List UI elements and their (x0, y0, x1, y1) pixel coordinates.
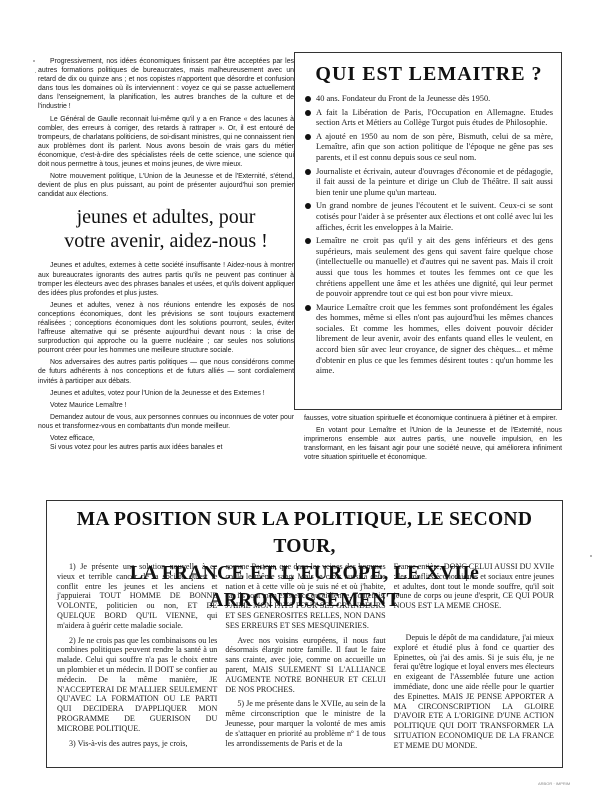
position-column-3: France entière, DONC CELUI AUSSI DU XVII… (394, 562, 554, 756)
position-point: 3) Vis-à-vis des autres pays, je crois, (57, 739, 217, 749)
body-paragraph: Demandez autour de vous, aux personnes c… (38, 413, 294, 431)
print-speck (590, 555, 592, 557)
bio-list: 40 ans. Fondateur du Front de la Jeuness… (305, 94, 553, 377)
bio-item: A ajouté en 1950 au nom de son père, Bis… (305, 132, 553, 164)
bio-text: Lemaître ne croit pas qu'il y ait des ge… (316, 236, 553, 298)
print-speck (33, 60, 35, 62)
bio-text: Un grand nombre de jeunes l'écoutent et … (316, 201, 553, 231)
bio-item: Maurice Lemaître croit que les femmes so… (305, 303, 553, 377)
vote-slogan: Votez Maurice Lemaître ! (38, 401, 294, 410)
position-columns: 1) Je présente une solution nouvelle à c… (57, 562, 554, 756)
bio-item: Journaliste et écrivain, auteur d'ouvrag… (305, 167, 553, 199)
intro-paragraph: Notre mouvement politique, L'Union de la… (38, 172, 294, 199)
bio-text: Journaliste et écrivain, auteur d'ouvrag… (316, 167, 553, 197)
print-speck (35, 72, 36, 73)
body-paragraph: En votant pour Lemaître et l'Union de la… (304, 426, 562, 462)
bullet-icon (305, 169, 311, 175)
appeal-heading-line1: jeunes et adultes, pour (38, 205, 294, 229)
appeal-heading: jeunes et adultes, pour votre avenir, ai… (38, 205, 294, 253)
position-column-1: 1) Je présente une solution nouvelle à c… (57, 562, 217, 756)
body-paragraph: Jeunes et adultes, venez à nos réunions … (38, 301, 294, 356)
position-point: Avec nos voisins européens, il nous faut… (225, 636, 385, 695)
left-column: Progressivement, nos idées économiques f… (38, 57, 294, 455)
continuation-paragraph: fausses, votre situation spirituelle et … (304, 414, 562, 423)
position-point: France entière, DONC CELUI AUSSI DU XVII… (394, 562, 554, 611)
bullet-icon (305, 203, 311, 209)
position-box: MA POSITION SUR LA POLITIQUE, LE SECOND … (46, 500, 563, 768)
bio-text: 40 ans. Fondateur du Front de la Jeuness… (316, 94, 490, 103)
right-lower-column: fausses, votre situation spirituelle et … (304, 414, 562, 465)
box-title: QUI EST LEMAITRE ? (305, 63, 553, 86)
bio-item: Lemaître ne croit pas qu'il y ait des ge… (305, 236, 553, 300)
position-point: 2) Je ne crois pas que les combinaisons … (57, 636, 217, 734)
body-paragraph: Jeunes et adultes, votez pour l'Union de… (38, 389, 294, 398)
printer-mark: ARBOR · IMPRIM (538, 781, 570, 786)
bullet-icon (305, 96, 311, 102)
bio-item: Un grand nombre de jeunes l'écoutent et … (305, 201, 553, 233)
who-is-lemaitre-box: QUI EST LEMAITRE ? 40 ans. Fondateur du … (294, 52, 562, 410)
position-point: 1) Je présente une solution nouvelle à c… (57, 562, 217, 631)
bullet-icon (305, 134, 311, 140)
body-paragraph: Jeunes et adultes, externes à cette soci… (38, 261, 294, 297)
appeal-heading-line2: votre avenir, aidez-nous ! (38, 229, 294, 253)
body-paragraph: Nos adversaires des autres partis politi… (38, 358, 294, 385)
bullet-icon (305, 305, 311, 311)
bio-item: A fait la Libération de Paris, l'Occupat… (305, 108, 553, 129)
position-point: Depuis le dépôt de ma candidature, j'ai … (394, 633, 554, 751)
bio-text: Maurice Lemaître croit que les femmes so… (316, 303, 553, 376)
bio-item: 40 ans. Fondateur du Front de la Jeuness… (305, 94, 553, 105)
intro-paragraph: Progressivement, nos idées économiques f… (38, 57, 294, 112)
position-column-2: comme Pasteur, que dans les veines des h… (225, 562, 385, 756)
position-point: 5) Je me présente dans le XVIIe, au sein… (225, 699, 385, 748)
intro-paragraph: Le Général de Gaulle reconnait lui-même … (38, 115, 294, 170)
continued-line: Si vous votez pour les autres partis aux… (38, 443, 294, 452)
vote-efficace: Votez efficace, (38, 434, 294, 443)
bullet-icon (305, 110, 311, 116)
bullet-icon (305, 238, 311, 244)
position-point: comme Pasteur, que dans les veines des h… (225, 562, 385, 631)
bio-text: A ajouté en 1950 au nom de son père, Bis… (316, 132, 553, 162)
bio-text: A fait la Libération de Paris, l'Occupat… (316, 108, 553, 128)
position-title-line1: MA POSITION SUR LA POLITIQUE, LE SECOND … (47, 506, 562, 560)
